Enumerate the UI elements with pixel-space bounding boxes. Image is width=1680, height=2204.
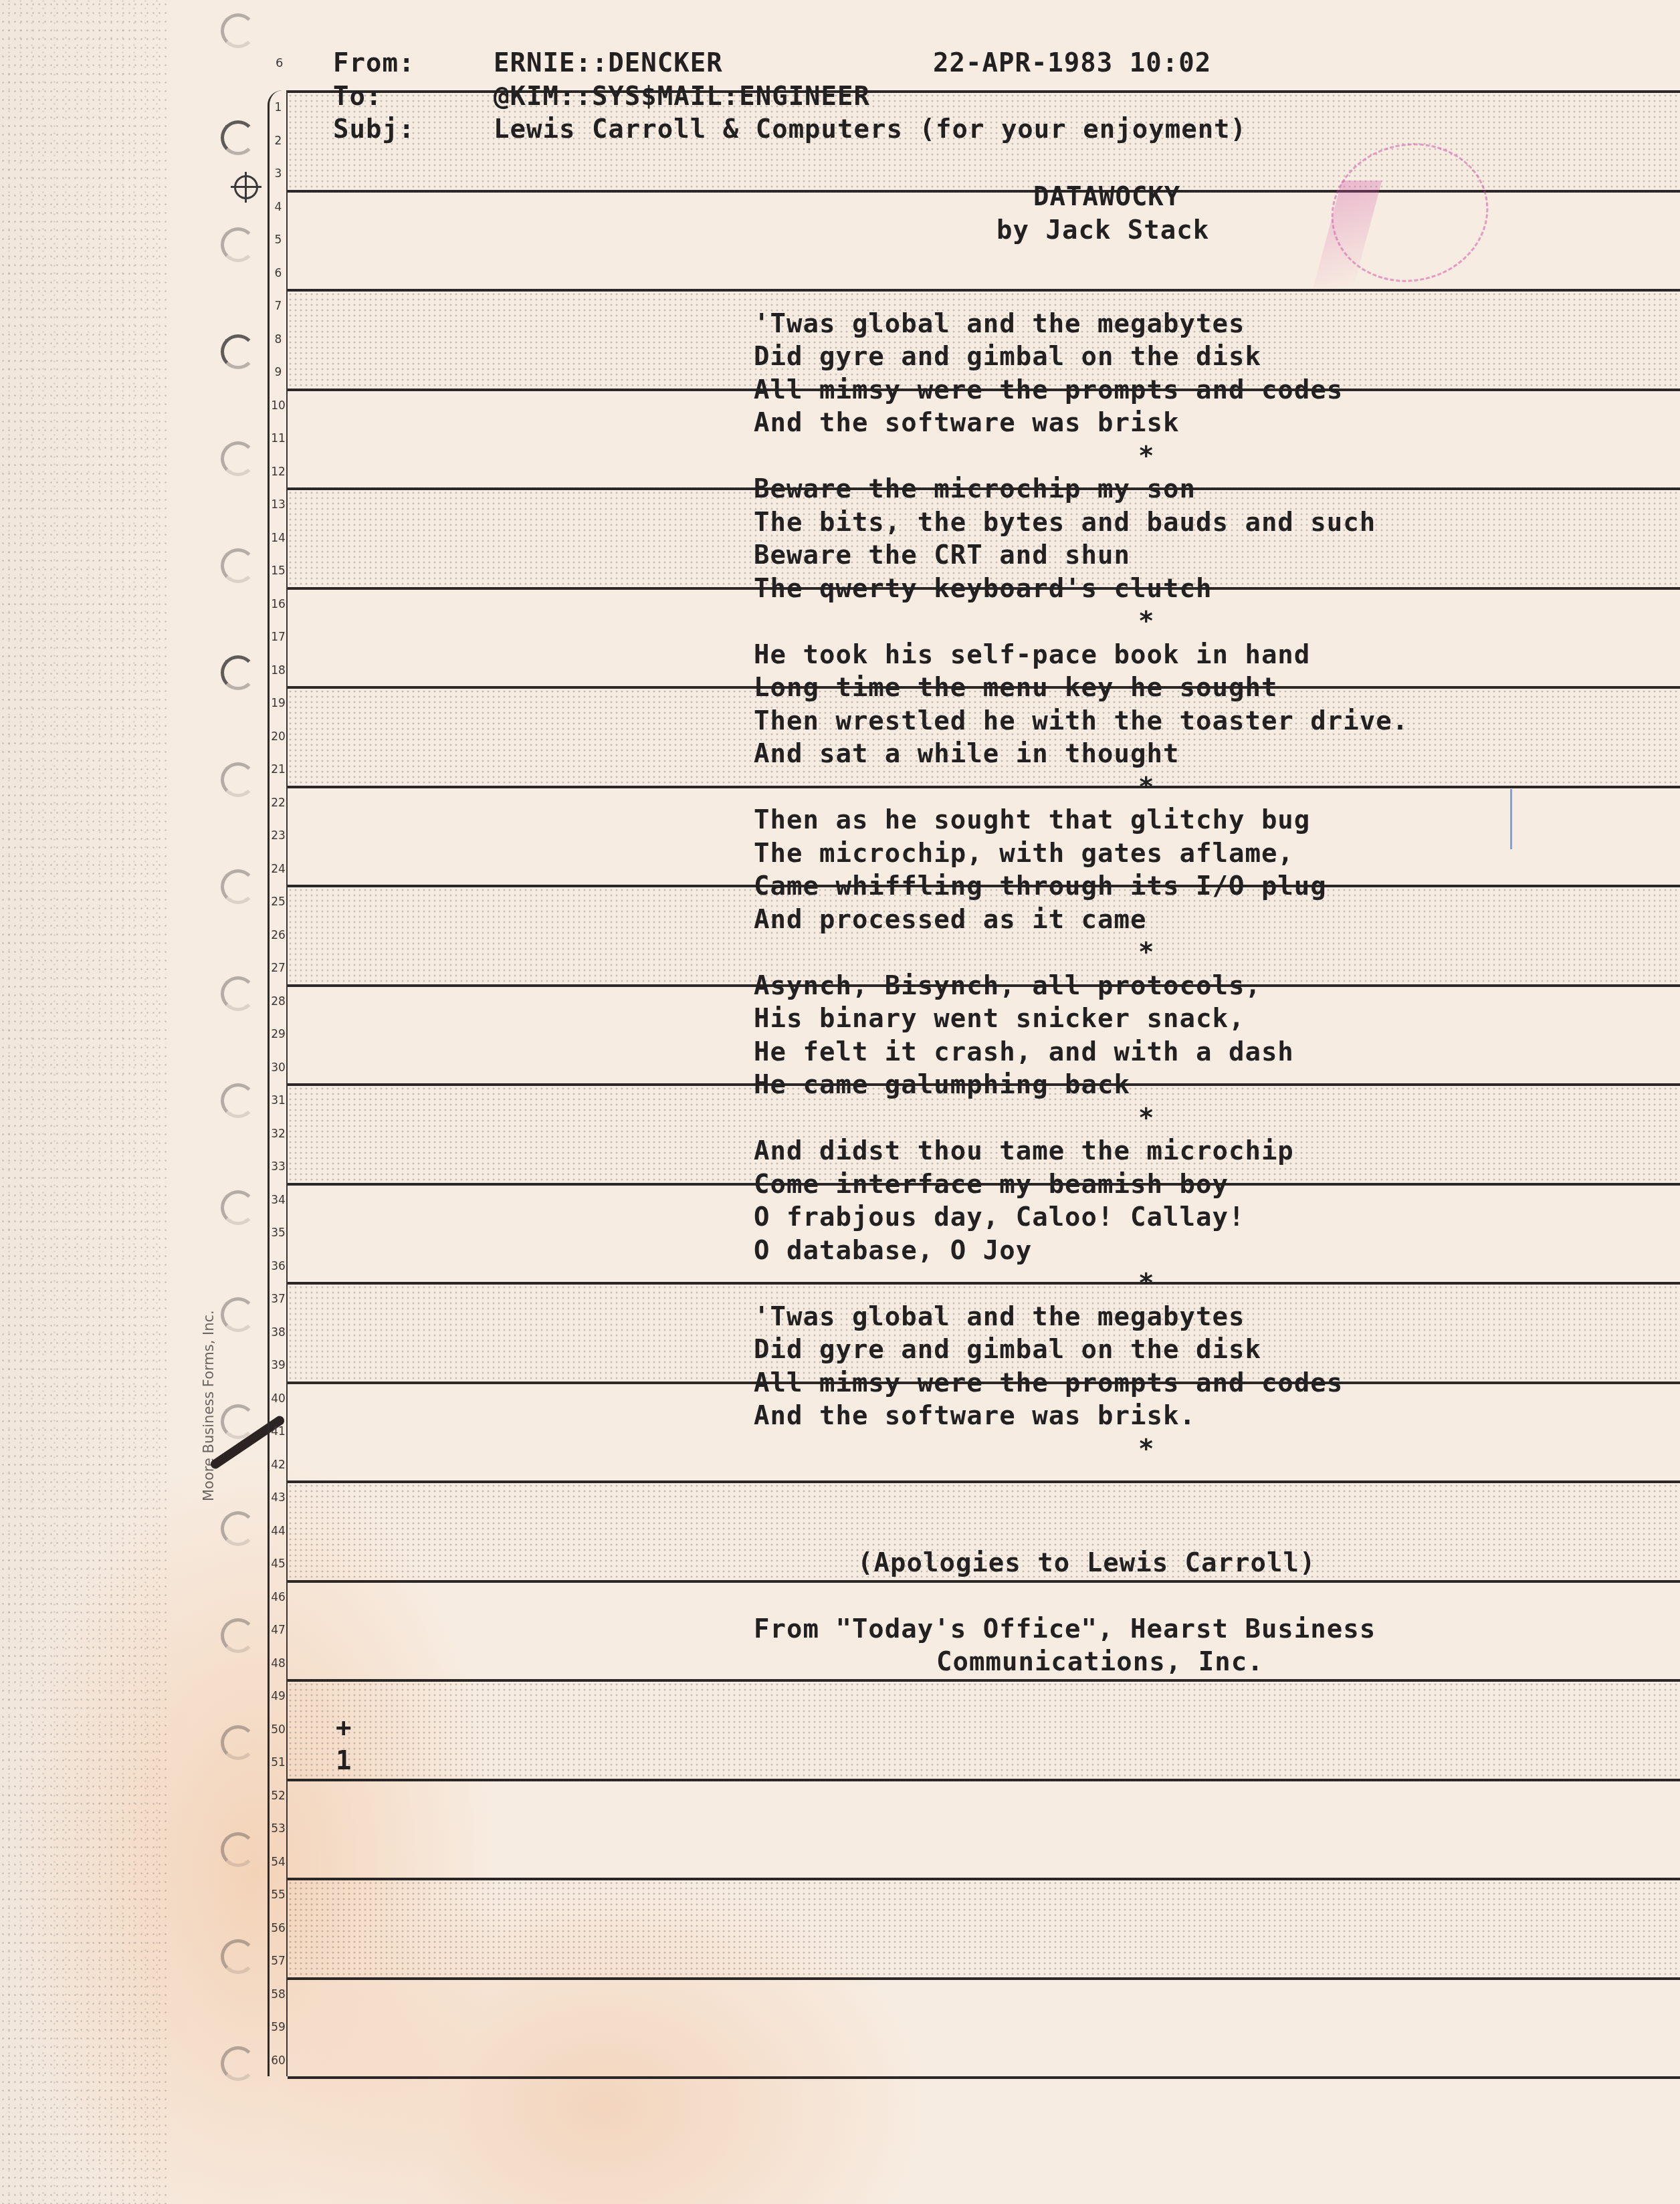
poem-line: Did gyre and gimbal on the disk — [754, 340, 1261, 374]
poem-line: And the software was brisk. — [754, 1400, 1196, 1433]
stanza-separator: * — [1138, 440, 1154, 473]
line-number: 3 — [270, 167, 286, 181]
poem-line: 'Twas global and the megabytes — [754, 1301, 1245, 1334]
line-number: 26 — [270, 929, 286, 942]
ruled-band — [288, 1779, 1680, 1878]
poem-line: Asynch, Bisynch, all protocols, — [754, 970, 1261, 1003]
line-number: 27 — [270, 962, 286, 975]
poem-line: O frabjous day, Caloo! Callay! — [754, 1201, 1245, 1234]
line-number: 8 — [270, 333, 286, 346]
sprocket-hole-icon — [221, 334, 255, 369]
line-number: 5 — [270, 233, 286, 247]
poem-line: He felt it crash, and with a dash — [754, 1036, 1294, 1069]
line-number: 11 — [270, 432, 286, 445]
poem-line: And processed as it came — [754, 903, 1147, 937]
poem-line: Then wrestled he with the toaster drive. — [754, 705, 1408, 738]
line-number: 19 — [270, 697, 286, 710]
line-number: 50 — [270, 1723, 286, 1737]
sprocket-hole-icon — [221, 1083, 255, 1118]
line-number: 55 — [270, 1888, 286, 1902]
poem-title: DATAWOCKY — [1033, 181, 1180, 214]
form-top-number: 6 — [276, 56, 283, 70]
poem-line: The bits, the bytes and bauds and such — [754, 506, 1376, 540]
sprocket-hole-icon — [221, 2046, 255, 2081]
line-number: 60 — [270, 2054, 286, 2068]
poem-line: 'Twas global and the megabytes — [754, 308, 1245, 341]
ruled-band — [288, 1878, 1680, 1977]
line-number: 6 — [270, 267, 286, 280]
stanza-separator: * — [1138, 1102, 1154, 1135]
line-number: 39 — [270, 1359, 286, 1372]
sprocket-hole-icon — [221, 1297, 255, 1332]
sprocket-hole-icon — [221, 1618, 255, 1653]
sprocket-hole-icon — [221, 655, 255, 690]
sprocket-hole-icon — [221, 120, 255, 155]
poem-line: And the software was brisk — [754, 407, 1179, 440]
poem-line: And didst thou tame the microchip — [754, 1135, 1294, 1168]
subject-value: Lewis Carroll & Computers (for your enjo… — [494, 113, 1247, 146]
sprocket-hole-icon — [221, 227, 255, 262]
line-number: 20 — [270, 730, 286, 744]
stanza-separator: * — [1138, 1267, 1154, 1301]
ruled-band — [288, 1679, 1680, 1779]
poem-line: Come interface my beamish boy — [754, 1168, 1229, 1202]
sprocket-hole-icon — [221, 1832, 255, 1867]
line-number: 59 — [270, 2021, 286, 2034]
line-number: 32 — [270, 1127, 286, 1141]
line-number: 58 — [270, 1988, 286, 2001]
line-number: 45 — [270, 1557, 286, 1571]
vendor-imprint: Moore Business Forms, Inc. — [201, 1310, 217, 1501]
line-number: 38 — [270, 1326, 286, 1339]
poem-line: All mimsy were the prompts and codes — [754, 1367, 1343, 1400]
line-number: 57 — [270, 1955, 286, 1968]
line-number: 10 — [270, 399, 286, 413]
line-number: 7 — [270, 300, 286, 313]
poem-line: His binary went snicker snack, — [754, 1002, 1245, 1036]
poem-line: The microchip, with gates aflame, — [754, 837, 1294, 871]
sprocket-hole-icon — [221, 13, 255, 48]
line-number: 46 — [270, 1591, 286, 1604]
poem-byline: by Jack Stack — [996, 214, 1209, 247]
line-number: 16 — [270, 598, 286, 611]
page-marker: + — [336, 1712, 352, 1745]
stanza-separator: * — [1138, 936, 1154, 970]
line-number: 48 — [270, 1657, 286, 1670]
line-number: 53 — [270, 1822, 286, 1836]
line-number: 17 — [270, 631, 286, 644]
line-number: 2 — [270, 134, 286, 148]
line-number: 40 — [270, 1392, 286, 1406]
line-number: 24 — [270, 863, 286, 876]
line-number: 42 — [270, 1458, 286, 1472]
line-number: 13 — [270, 498, 286, 512]
subject-label: Subj: — [333, 113, 415, 146]
page-number: 1 — [336, 1745, 352, 1778]
registration-crosshair-icon — [234, 175, 258, 199]
poem-line: And sat a while in thought — [754, 738, 1179, 771]
to-value: @KIM::SYS$MAIL:ENGINEER — [494, 80, 870, 114]
line-number: 25 — [270, 895, 286, 909]
to-label: To: — [333, 80, 382, 114]
line-number: 29 — [270, 1028, 286, 1041]
line-number: 18 — [270, 664, 286, 677]
sprocket-hole-icon — [221, 762, 255, 797]
line-number: 22 — [270, 796, 286, 810]
line-number: 47 — [270, 1624, 286, 1637]
poem-line: Then as he sought that glitchy bug — [754, 804, 1310, 837]
stanza-separator: * — [1138, 771, 1154, 804]
source-credit-line-1: From "Today's Office", Hearst Business — [754, 1613, 1376, 1646]
poem-line: All mimsy were the prompts and codes — [754, 374, 1343, 407]
stanza-separator: * — [1138, 1433, 1154, 1466]
apology-line: (Apologies to Lewis Carroll) — [857, 1547, 1316, 1580]
sprocket-hole-icon — [221, 1511, 255, 1546]
line-number: 52 — [270, 1789, 286, 1803]
line-number: 36 — [270, 1260, 286, 1273]
line-number: 49 — [270, 1690, 286, 1703]
line-number: 21 — [270, 763, 286, 776]
sprocket-hole-icon — [221, 548, 255, 583]
sprocket-hole-icon — [221, 441, 255, 476]
poem-line: Did gyre and gimbal on the disk — [754, 1333, 1261, 1367]
line-number: 54 — [270, 1856, 286, 1869]
sprocket-hole-icon — [221, 1939, 255, 1974]
line-number: 43 — [270, 1491, 286, 1505]
line-number: 34 — [270, 1194, 286, 1207]
sprocket-hole-icon — [221, 1725, 255, 1760]
line-number: 14 — [270, 532, 286, 545]
line-number: 51 — [270, 1756, 286, 1769]
line-number: 12 — [270, 465, 286, 479]
source-credit-line-2: Communications, Inc. — [936, 1646, 1264, 1679]
line-number: 41 — [270, 1425, 286, 1438]
line-number: 44 — [270, 1525, 286, 1538]
line-number: 33 — [270, 1160, 286, 1174]
sprocket-hole-icon — [221, 869, 255, 904]
ruled-band — [288, 1977, 1680, 2080]
from-label: From: — [333, 47, 415, 80]
pen-mark — [1510, 789, 1512, 849]
message-date: 22-APR-1983 10:02 — [933, 47, 1211, 80]
line-number: 9 — [270, 366, 286, 379]
tractor-margin — [0, 0, 167, 2204]
line-number: 28 — [270, 995, 286, 1008]
line-number: 23 — [270, 829, 286, 843]
line-number: 35 — [270, 1226, 286, 1240]
stanza-separator: * — [1138, 605, 1154, 639]
sprocket-hole-icon — [221, 976, 255, 1011]
poem-line: Beware the microchip my son — [754, 473, 1196, 506]
poem-line: Beware the CRT and shun — [754, 539, 1130, 572]
line-number: 31 — [270, 1094, 286, 1107]
line-number: 4 — [270, 201, 286, 214]
poem-line: Long time the menu key he sought — [754, 671, 1277, 705]
line-number: 1 — [270, 101, 286, 114]
line-number: 15 — [270, 564, 286, 578]
poem-line: Came whiffling through its I/O plug — [754, 870, 1327, 903]
line-number: 30 — [270, 1061, 286, 1075]
poem-line: He took his self-pace book in hand — [754, 639, 1310, 672]
from-value: ERNIE::DENCKER — [494, 47, 723, 80]
poem-line: He came galumphing back — [754, 1069, 1130, 1102]
line-number: 56 — [270, 1922, 286, 1935]
poem-line: The qwerty keyboard's clutch — [754, 572, 1212, 606]
sprocket-hole-icon — [221, 1190, 255, 1225]
line-number: 37 — [270, 1293, 286, 1306]
poem-line: O database, O Joy — [754, 1234, 1032, 1268]
